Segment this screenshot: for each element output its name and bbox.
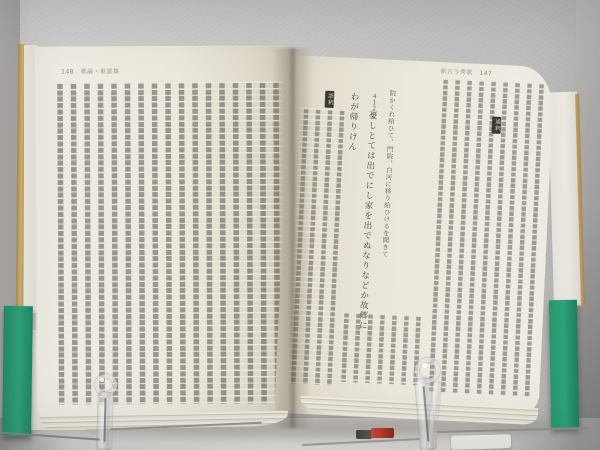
glint [422, 363, 427, 368]
poem-number: ４１２ [369, 93, 377, 111]
gutter-shadow [272, 48, 312, 428]
glint [100, 378, 104, 382]
clip-gray-part [356, 430, 372, 439]
poem-text: 憂しとては出でにし家を出でぬなりなどか故郷にわが帰りけん [347, 92, 378, 331]
section-label-tsushaku: 通釈 [492, 117, 502, 134]
section-label-goshaku: 語釈 [325, 91, 335, 108]
left-page: 148 歌論・歌謡集 [35, 45, 291, 424]
waka-poem-block: 院かくれ給ひて、門院、白河に移り給ひけるを聞きて ４１２憂しとては出でにし家を出… [334, 88, 402, 338]
white-card [451, 434, 511, 450]
right-obi-band [549, 300, 579, 428]
left-obi-band [2, 306, 33, 436]
right-page-header: 新古今秀歌 147 [440, 66, 492, 77]
left-page-body-text [53, 81, 283, 404]
red-clip-handle [371, 428, 394, 438]
right-page-commentary-right [425, 78, 544, 397]
photo-scene: 148 歌論・歌謡集 新古今秀歌 147 通釈 語釈 院かくれ給ひて、門院、白河… [0, 0, 600, 450]
left-page-header: 148 歌論・歌謡集 [61, 66, 119, 75]
